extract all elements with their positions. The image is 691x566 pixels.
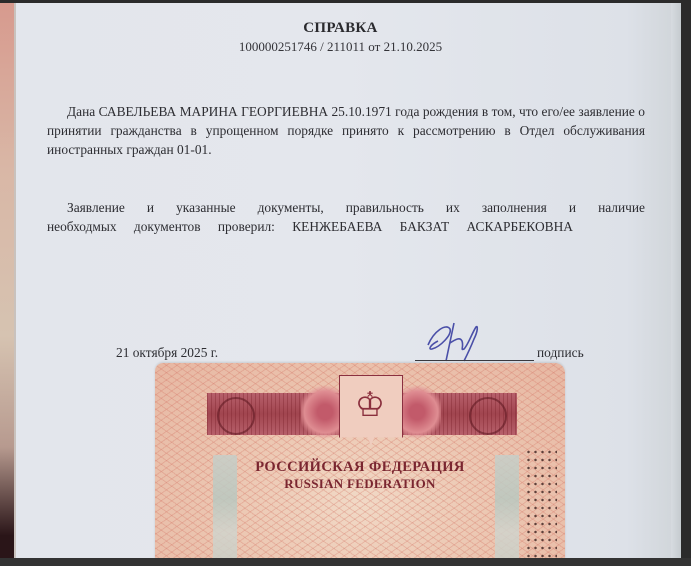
passport-edge [0,3,16,558]
signature-label: подпись [537,345,584,361]
paragraph-applicant: Дана САВЕЛЬЕВА МАРИНА ГЕОРГИЕВНА 25.10.1… [47,102,645,159]
double-headed-eagle-icon: ♔ [350,383,390,429]
passport-cover: ♔ РОССИЙСКАЯ ФЕДЕРАЦИЯ RUSSIAN FEDERATIO… [155,363,565,558]
paragraph-verifier: Заявление и указанные документы, правиль… [47,198,645,236]
ornament-left [217,397,255,435]
frame-bottom-bar [0,558,691,566]
signature-line [415,360,534,361]
document-number: 100000251746 / 211011 от 21.10.2025 [0,39,681,55]
document-photo: СПРАВКА 100000251746 / 211011 от 21.10.2… [0,3,681,558]
signature-icon [420,317,490,363]
page-shadow [671,3,681,558]
perforation-number [525,448,557,558]
paragraph-verifier-text: Заявление и указанные документы, правиль… [47,200,645,234]
document-title: СПРАВКА [0,20,681,37]
passport-title-ru: РОССИЙСКАЯ ФЕДЕРАЦИЯ [155,459,565,476]
ornament-right [469,397,507,435]
passport-title-en: RUSSIAN FEDERATION [155,476,565,492]
document-date: 21 октября 2025 г. [116,345,218,361]
paragraph-applicant-text: Дана САВЕЛЬЕВА МАРИНА ГЕОРГИЕВНА 25.10.1… [47,104,645,157]
